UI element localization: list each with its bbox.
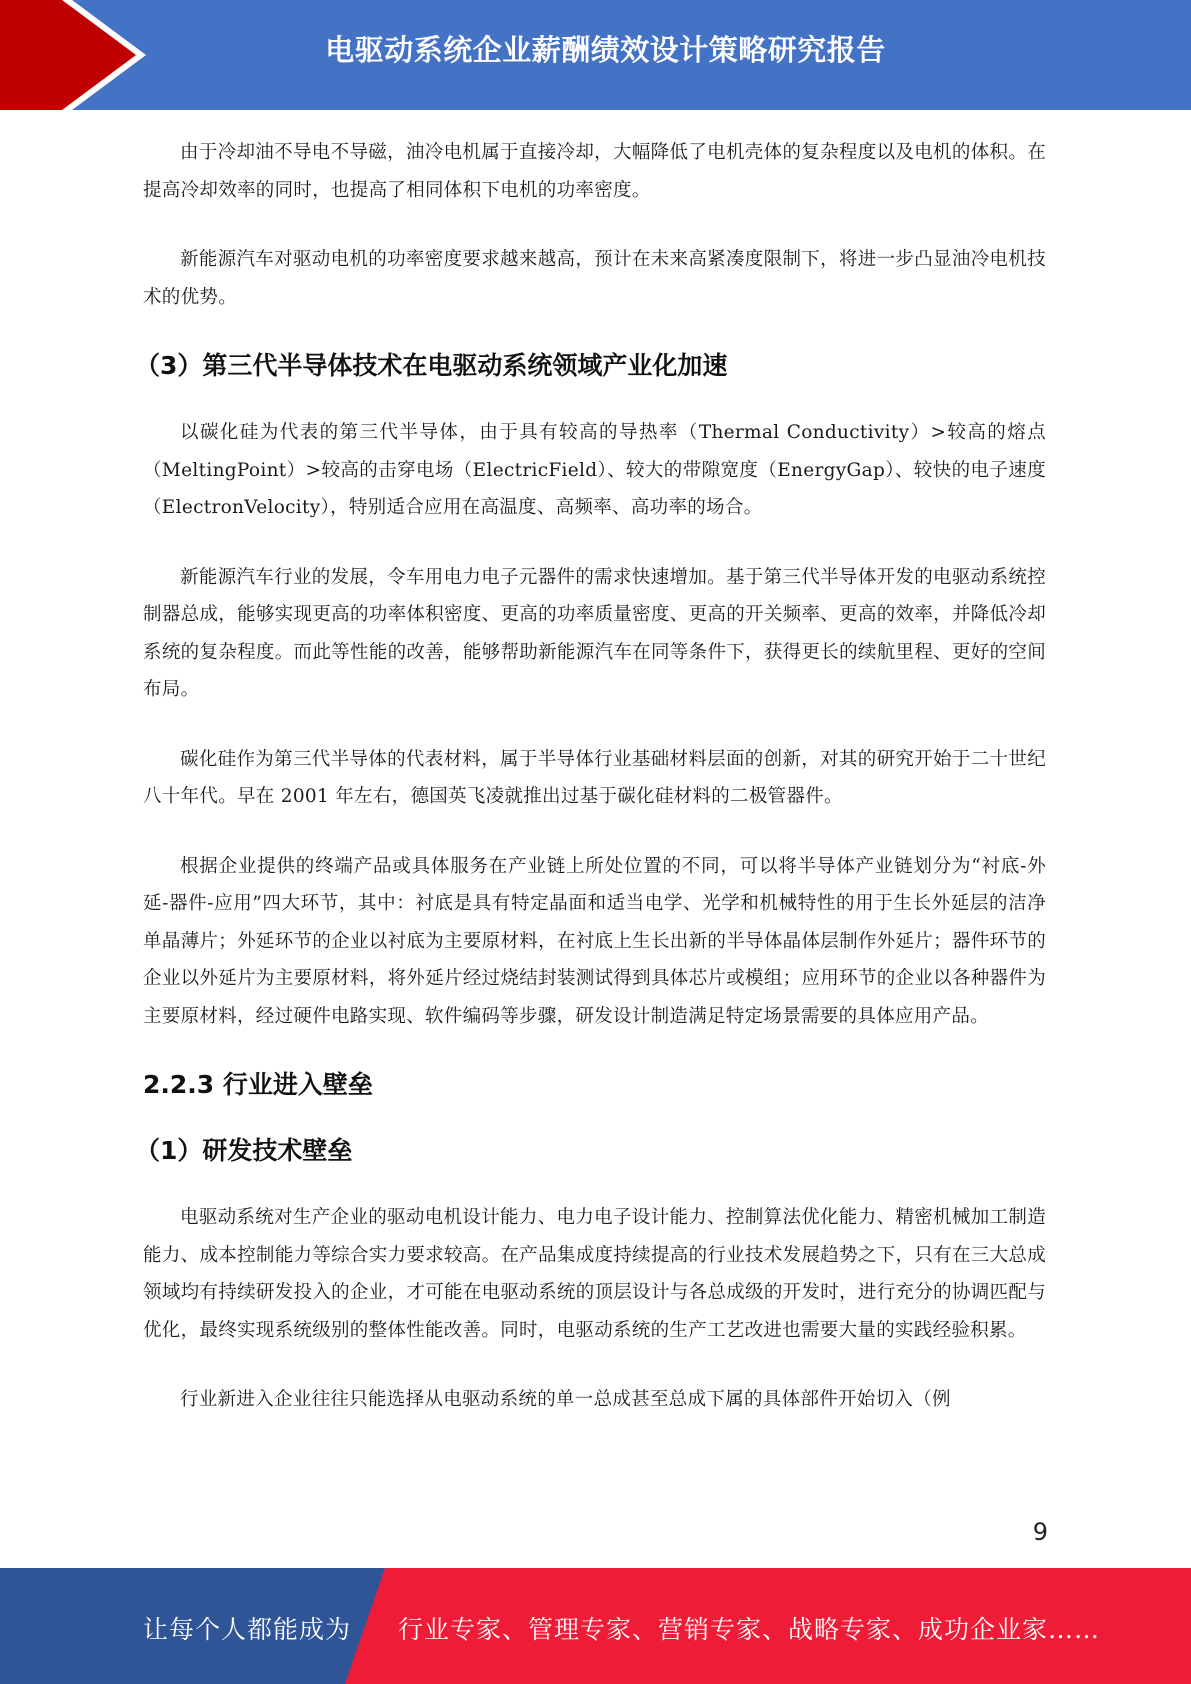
- subheading-third-gen-semiconductor: （3）第三代半导体技术在电驱动系统领域产业化加速: [135, 348, 1046, 384]
- document-body: 由于冷却油不导电不导磁，油冷电机属于直接冷却，大幅降低了电机壳体的复杂程度以及电…: [143, 134, 1046, 1451]
- page-footer: 让每个人都能成为 行业专家、管理专家、营销专家、战略专家、成功企业家……: [0, 1568, 1191, 1684]
- paragraph-industry-chain: 根据企业提供的终端产品或具体服务在产业链上所处位置的不同，可以将半导体产业链划分…: [143, 848, 1046, 1036]
- report-title: 电驱动系统企业薪酬绩效设计策略研究报告: [0, 28, 1191, 69]
- paragraph-new-entrants: 行业新进入企业往往只能选择从电驱动系统的单一总成甚至总成下属的具体部件开始切入（…: [143, 1381, 1046, 1419]
- subheading-rd-barrier: （1）研发技术壁垒: [135, 1133, 1046, 1169]
- footer-slogan-right: 行业专家、管理专家、营销专家、战略专家、成功企业家……: [398, 1610, 1100, 1646]
- paragraph-rd-requirements: 电驱动系统对生产企业的驱动电机设计能力、电力电子设计能力、控制算法优化能力、精密…: [143, 1199, 1046, 1349]
- paragraph-nev-demand: 新能源汽车行业的发展，令车用电力电子元器件的需求快速增加。基于第三代半导体开发的…: [143, 559, 1046, 709]
- page-header: 电驱动系统企业薪酬绩效设计策略研究报告: [0, 0, 1191, 110]
- footer-slogan-left: 让每个人都能成为: [143, 1610, 351, 1646]
- paragraph-power-density: 新能源汽车对驱动电机的功率密度要求越来越高，预计在未来高紧凑度限制下，将进一步凸…: [143, 241, 1046, 316]
- paragraph-oil-cooling: 由于冷却油不导电不导磁，油冷电机属于直接冷却，大幅降低了电机壳体的复杂程度以及电…: [143, 134, 1046, 209]
- paragraph-sic-properties: 以碳化硅为代表的第三代半导体，由于具有较高的导热率（Thermal Conduc…: [143, 414, 1046, 527]
- section-heading-entry-barriers: 2.2.3 行业进入壁垒: [143, 1067, 1046, 1103]
- page-number: 9: [1033, 1518, 1048, 1546]
- paragraph-sic-history: 碳化硅作为第三代半导体的代表材料，属于半导体行业基础材料层面的创新，对其的研究开…: [143, 741, 1046, 816]
